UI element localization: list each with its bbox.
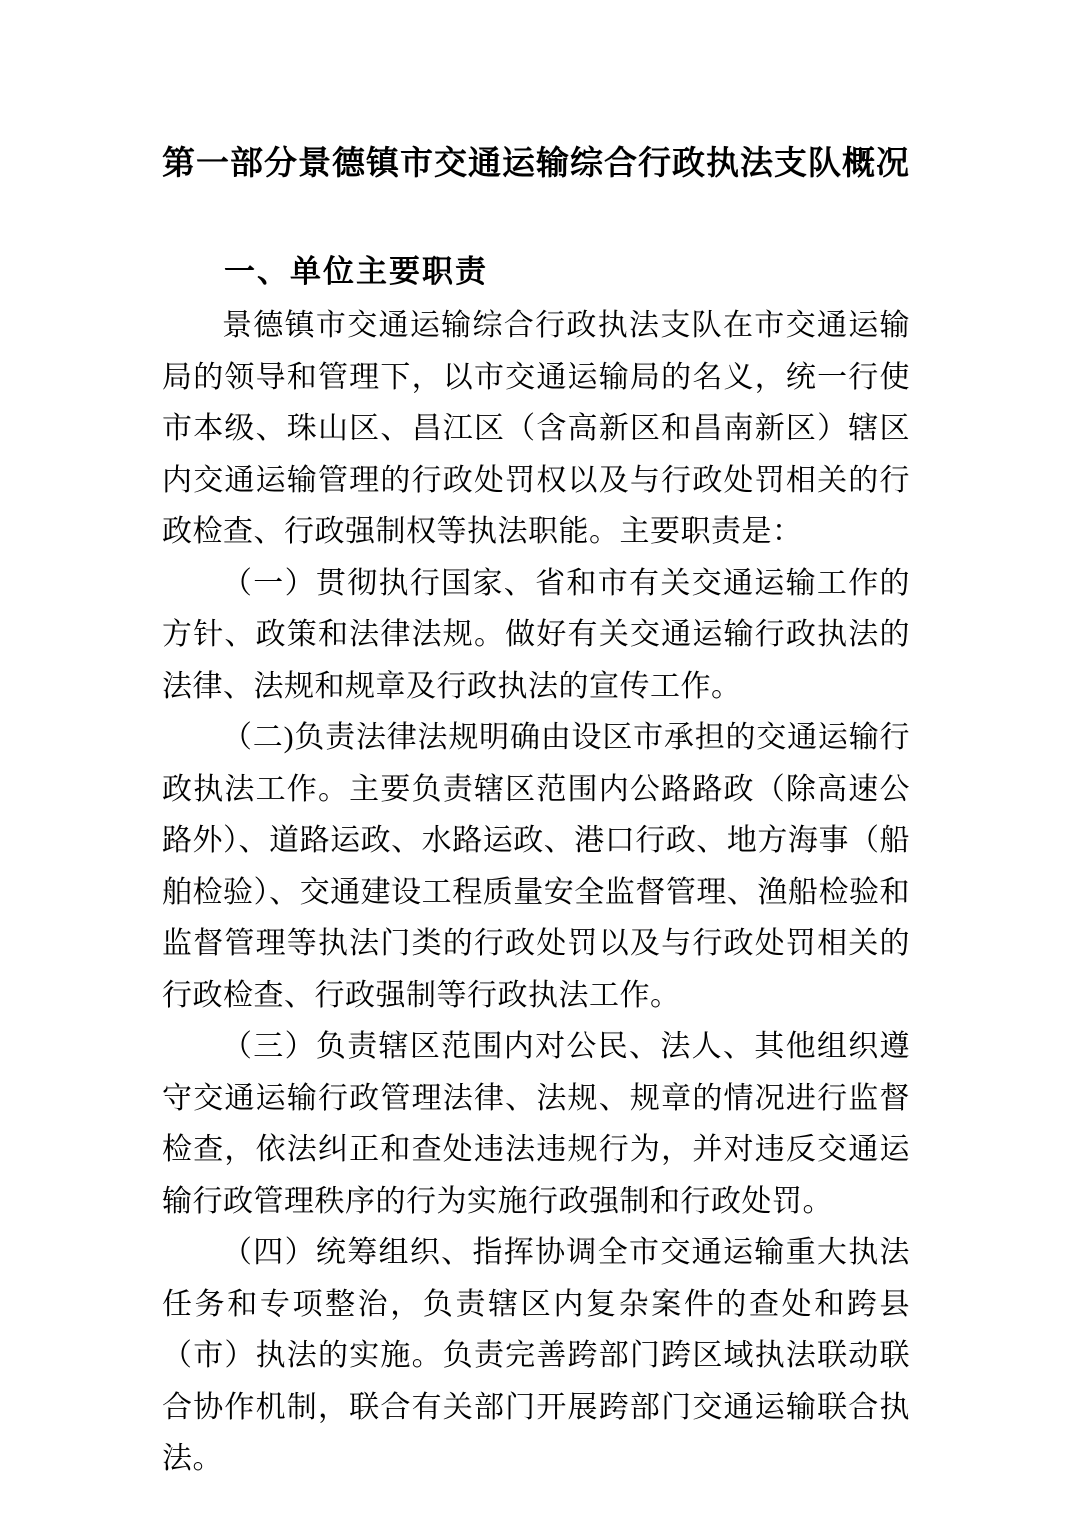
paragraph-duty-1: （一）贯彻执行国家、省和市有关交通运输工作的方针、政策和法律法规。做好有关交通运…: [162, 558, 910, 713]
paragraph-duty-2: （二)负责法律法规明确由设区市承担的交通运输行政执法工作。主要负责辖区范围内公路…: [162, 712, 910, 1021]
paragraph-duty-4: （四）统筹组织、指挥协调全市交通运输重大执法任务和专项整治，负责辖区内复杂案件的…: [162, 1227, 910, 1485]
paragraph-intro: 景德镇市交通运输综合行政执法支队在市交通运输局的领导和管理下，以市交通运输局的名…: [162, 300, 910, 558]
document-page: 第一部分景德镇市交通运输综合行政执法支队概况 一、单位主要职责 景德镇市交通运输…: [0, 0, 1074, 1520]
body-text: 景德镇市交通运输综合行政执法支队在市交通运输局的领导和管理下，以市交通运输局的名…: [162, 300, 910, 1485]
document-title: 第一部分景德镇市交通运输综合行政执法支队概况: [162, 140, 910, 186]
paragraph-duty-3: （三）负责辖区范围内对公民、法人、其他组织遵守交通运输行政管理法律、法规、规章的…: [162, 1021, 910, 1227]
section-heading: 一、单位主要职责: [162, 250, 910, 294]
document-content: 第一部分景德镇市交通运输综合行政执法支队概况 一、单位主要职责 景德镇市交通运输…: [162, 0, 910, 1485]
